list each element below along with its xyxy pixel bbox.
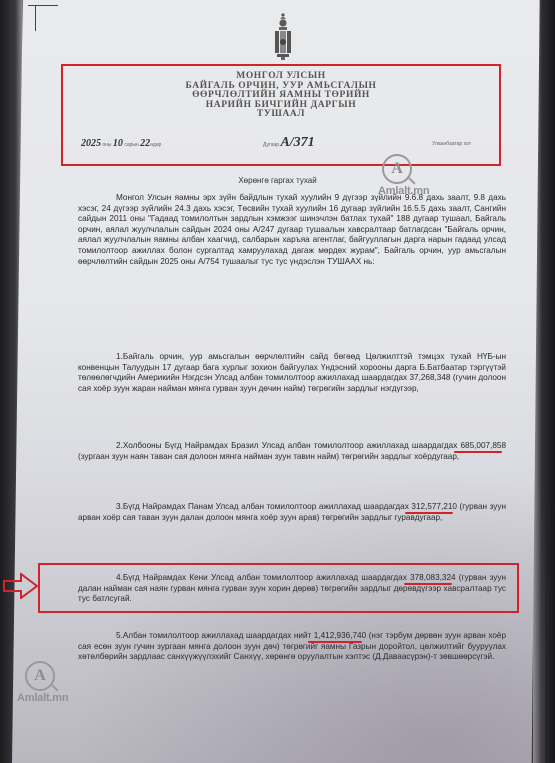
amount-value: 378,083,324: [410, 573, 456, 582]
order-title: МОНГОЛ УЛСЫН БАЙГАЛЬ ОРЧИН, УУР АМЬСГАЛЫ…: [63, 72, 499, 120]
order-meta: 2025 оны 10 сарын 22өдөр Дугаар А/371 Ул…: [63, 138, 499, 156]
amount-value: 37,268,348: [409, 373, 450, 382]
watermark-bottom: A Amlalt.mn: [17, 661, 68, 704]
magnifier-logo-icon: A: [382, 154, 412, 184]
amount-value: 312,577,210: [411, 502, 457, 511]
state-emblem-icon: [272, 12, 294, 62]
order-number: Дугаар А/371: [263, 135, 315, 151]
amount-value: 685,007,858: [460, 441, 506, 450]
order-item-3: 3.Бүгд Найрамдах Панам Улсад албан томил…: [78, 502, 506, 523]
order-date: 2025 оны 10 сарын 22өдөр: [81, 138, 161, 149]
order-item-1: 1.Байгаль орчин, уур амьсгалын өөрчлөлти…: [78, 352, 506, 394]
header-highlight-box: МОНГОЛ УЛСЫН БАЙГАЛЬ ОРЧИН, УУР АМЬСГАЛЫ…: [61, 64, 501, 166]
order-item-2: 2.Холбооны Бүгд Найрамдах Бразил Улсад а…: [78, 441, 506, 462]
magnifier-logo-icon: A: [25, 661, 55, 691]
watermark-top: A Amlalt.mn: [378, 154, 429, 197]
order-item-5: 5.Албан томилолтоор ажиллахад шаардагдах…: [78, 631, 506, 663]
preamble-paragraph: Монгол Улсын яамны эрх зүйн байдлын туха…: [78, 193, 506, 267]
order-item-4: 4.Бүгд Найрамдах Кени Улсад албан томило…: [78, 573, 506, 605]
order-subject: Хөрөнгө гаргах тухай: [0, 176, 555, 185]
order-city: Улаанбаатар хот: [432, 141, 471, 147]
amount-value: 1,412,936,740: [314, 631, 366, 640]
staple-mark: [28, 5, 58, 33]
right-arrow-icon: [3, 573, 39, 599]
